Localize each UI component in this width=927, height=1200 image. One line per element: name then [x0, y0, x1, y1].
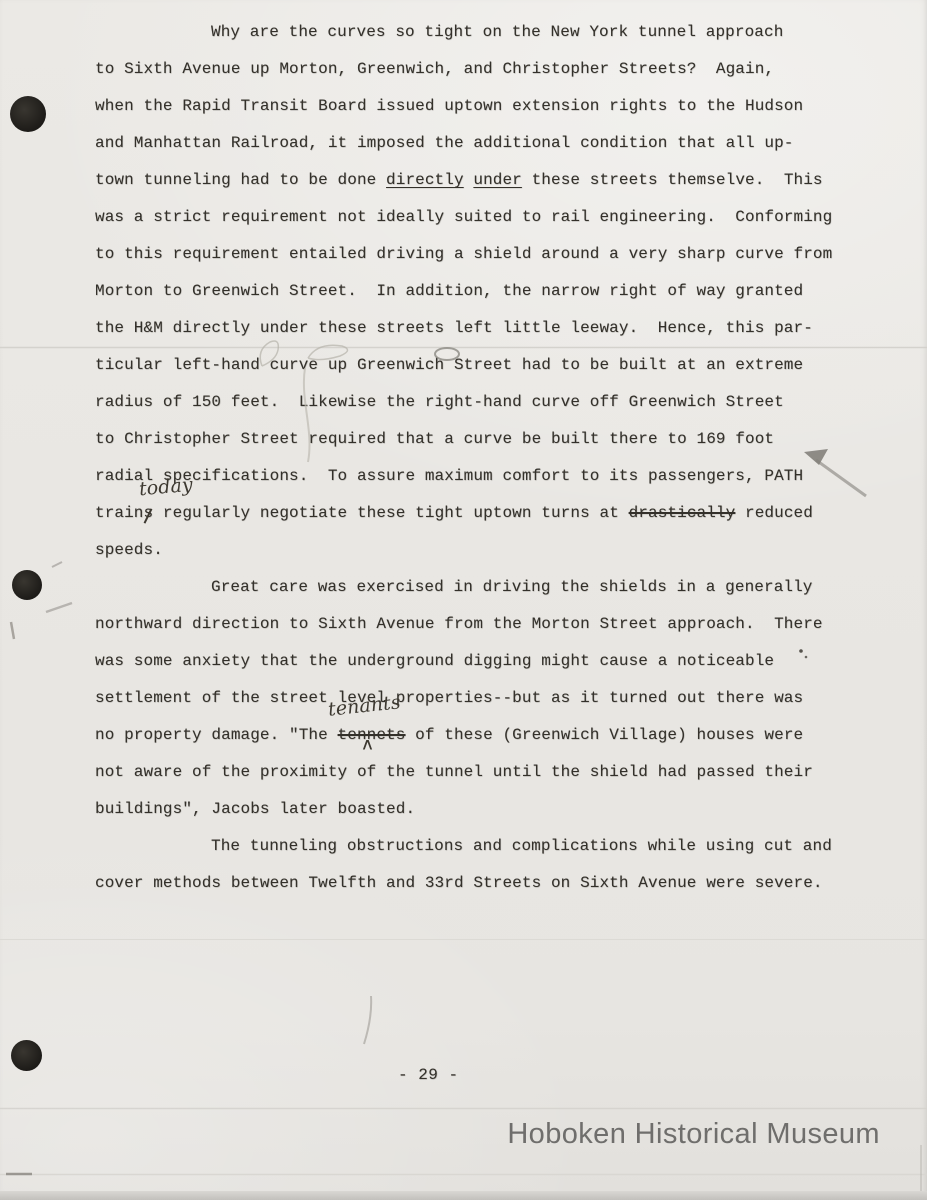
insertion-caret — [144, 508, 153, 523]
typed-text-segment: trainstoday — [95, 495, 153, 532]
typed-line: to this requirement entailed driving a s… — [95, 236, 855, 273]
typed-text-segment: tennetstenants∧ — [338, 717, 406, 754]
typed-text-segment: when the Rapid Transit Board issued upto… — [95, 97, 803, 115]
typed-text-segment: no property damage. "The — [95, 726, 338, 744]
typed-line: when the Rapid Transit Board issued upto… — [95, 88, 855, 125]
typed-text-segment: regularly negotiate these tight uptown t… — [153, 504, 628, 522]
typed-line: the H&M directly under these streets lef… — [95, 310, 855, 347]
typed-line: Great care was exercised in driving the … — [95, 569, 855, 606]
typed-line: radius of 150 feet. Likewise the right-h… — [95, 384, 855, 421]
hole-punch-top — [10, 96, 46, 132]
typed-text-segment: northward direction to Sixth Avenue from… — [95, 615, 823, 633]
hole-punch-middle — [12, 570, 42, 600]
typed-text-segment: buildings", Jacobs later boasted. — [95, 800, 415, 818]
typed-text-segment: ticular left-hand curve up Greenwich Str… — [95, 356, 803, 374]
typed-line: radial specifications. To assure maximum… — [95, 458, 855, 495]
insertion-caret: ∧ — [360, 736, 374, 753]
typed-text-segment: Great care was exercised in driving the … — [211, 578, 813, 596]
typed-line: buildings", Jacobs later boasted. — [95, 791, 855, 828]
page-number: - 29 - — [398, 1066, 459, 1084]
typed-text-segment: to Sixth Avenue up Morton, Greenwich, an… — [95, 60, 774, 78]
typed-text-segment: speeds. — [95, 541, 163, 559]
typed-text-segment: drastically — [629, 504, 736, 522]
typed-line: The tunneling obstructions and complicat… — [95, 828, 855, 865]
typed-line: Morton to Greenwich Street. In addition,… — [95, 273, 855, 310]
typed-text-segment: was some anxiety that the underground di… — [95, 652, 774, 670]
typed-text-segment: of these (Greenwich Village) houses were — [405, 726, 803, 744]
typed-text-segment: under — [473, 171, 522, 189]
typed-line: Why are the curves so tight on the New Y… — [95, 14, 855, 51]
typed-text-segment: radius of 150 feet. Likewise the right-h… — [95, 393, 784, 411]
handwritten-annotation-today: today — [138, 476, 193, 500]
typed-text-segment: The tunneling obstructions and complicat… — [211, 837, 832, 855]
typed-text-segment: Why are the curves so tight on the New Y… — [211, 23, 783, 41]
typed-text-segment: to Christopher Street required that a cu… — [95, 430, 774, 448]
typed-text-segment: the H&M directly under these streets lef… — [95, 319, 813, 337]
typed-text-segment: reduced — [735, 504, 813, 522]
typed-text-block: Why are the curves so tight on the New Y… — [95, 14, 855, 902]
typed-text-segment: and Manhattan Railroad, it imposed the a… — [95, 134, 794, 152]
typed-text-segment: radial specifications. To assure maximum… — [95, 467, 803, 485]
typed-line: ticular left-hand curve up Greenwich Str… — [95, 347, 855, 384]
typed-line: was a strict requirement not ideally sui… — [95, 199, 855, 236]
typed-line: trainstoday regularly negotiate these ti… — [95, 495, 855, 532]
watermark: Hoboken Historical Museum — [507, 1118, 880, 1151]
typed-text-segment: was a strict requirement not ideally sui… — [95, 208, 832, 226]
typed-text-segment — [464, 171, 474, 189]
typed-text-segment: directly — [386, 171, 464, 189]
hole-punch-bottom — [11, 1040, 42, 1071]
typed-text-segment: settlement of the street level propertie… — [95, 689, 803, 707]
scanned-page: Why are the curves so tight on the New Y… — [0, 0, 927, 1200]
typed-line: settlement of the street level propertie… — [95, 680, 855, 717]
typed-line: was some anxiety that the underground di… — [95, 643, 855, 680]
typed-line: northward direction to Sixth Avenue from… — [95, 606, 855, 643]
typed-line: and Manhattan Railroad, it imposed the a… — [95, 125, 855, 162]
typed-line: to Christopher Street required that a cu… — [95, 421, 855, 458]
typed-line: to Sixth Avenue up Morton, Greenwich, an… — [95, 51, 855, 88]
typed-line: not aware of the proximity of the tunnel… — [95, 754, 855, 791]
scan-bottom-edge — [0, 1191, 927, 1200]
typed-text-segment: these streets themselve. This — [522, 171, 823, 189]
typed-text-segment: not aware of the proximity of the tunnel… — [95, 763, 813, 781]
typed-text-segment: town tunneling had to be done — [95, 171, 386, 189]
typed-text-segment: to this requirement entailed driving a s… — [95, 245, 832, 263]
typed-text-segment: Morton to Greenwich Street. In addition,… — [95, 282, 803, 300]
typed-text-segment: cover methods between Twelfth and 33rd S… — [95, 874, 823, 892]
typed-line: no property damage. "The tennetstenants∧… — [95, 717, 855, 754]
typed-line: town tunneling had to be done directly u… — [95, 162, 855, 199]
typed-line: cover methods between Twelfth and 33rd S… — [95, 865, 855, 902]
typed-line: speeds. — [95, 532, 855, 569]
